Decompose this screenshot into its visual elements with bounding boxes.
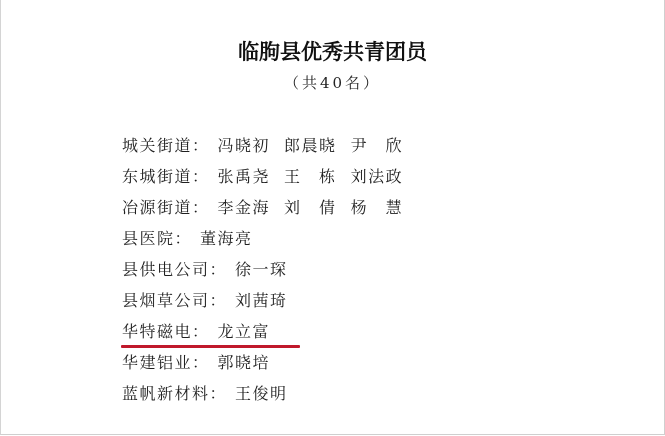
document-page: 临朐县优秀共青团员 （共40名） 城关街道：冯晓初郎晨晓尹 欣 东城街道：张禹尧…	[0, 0, 665, 435]
unit-label: 东城街道	[122, 167, 192, 186]
list-item: 蓝帆新材料：王俊明	[122, 382, 417, 413]
unit-label: 华建铝业	[122, 353, 192, 372]
list-item: 县医院：董海亮	[122, 227, 417, 258]
unit-label: 县医院	[122, 229, 175, 248]
list-item: 冶源街道：李金海刘 倩杨 慧	[122, 196, 417, 227]
colon: ：	[192, 198, 210, 217]
colon: ：	[210, 260, 228, 279]
list-item: 县供电公司：徐一琛	[122, 258, 417, 289]
honoree-name: 刘茜琦	[235, 289, 288, 313]
honoree-name: 冯晓初	[218, 134, 271, 158]
unit-label: 华特磁电	[122, 322, 192, 341]
colon: ：	[175, 229, 193, 248]
unit-label: 蓝帆新材料	[122, 384, 210, 403]
colon: ：	[192, 167, 210, 186]
colon: ：	[210, 384, 228, 403]
list-item: 东城街道：张禹尧王 栋刘法政	[122, 165, 417, 196]
unit-label: 冶源街道	[122, 198, 192, 217]
document-subtitle: （共40名）	[1, 72, 664, 93]
colon: ：	[210, 291, 228, 310]
colon: ：	[192, 136, 210, 155]
honoree-name: 李金海	[218, 196, 271, 220]
colon: ：	[192, 353, 210, 372]
honoree-name: 刘 倩	[284, 196, 337, 220]
honoree-list: 城关街道：冯晓初郎晨晓尹 欣 东城街道：张禹尧王 栋刘法政 冶源街道：李金海刘 …	[122, 134, 417, 413]
honoree-name: 杨 慧	[351, 196, 404, 220]
unit-label: 城关街道	[122, 136, 192, 155]
unit-label: 县供电公司	[122, 260, 210, 279]
list-item: 县烟草公司：刘茜琦	[122, 289, 417, 320]
honoree-name: 龙立富	[218, 320, 271, 344]
honoree-name: 董海亮	[200, 227, 253, 251]
list-item: 华建铝业：郭晓培	[122, 351, 417, 382]
honoree-name: 徐一琛	[235, 258, 288, 282]
list-item: 城关街道：冯晓初郎晨晓尹 欣	[122, 134, 417, 165]
honoree-name: 王俊明	[235, 382, 288, 406]
honoree-name: 张禹尧	[218, 165, 271, 189]
honoree-name: 郎晨晓	[284, 134, 337, 158]
colon: ：	[192, 322, 210, 341]
unit-label: 县烟草公司	[122, 291, 210, 310]
document-title: 临朐县优秀共青团员	[1, 36, 664, 66]
red-underline-annotation	[121, 345, 300, 348]
honoree-name: 郭晓培	[218, 351, 271, 375]
honoree-name: 王 栋	[284, 165, 337, 189]
honoree-name: 刘法政	[351, 165, 404, 189]
honoree-name: 尹 欣	[351, 134, 404, 158]
